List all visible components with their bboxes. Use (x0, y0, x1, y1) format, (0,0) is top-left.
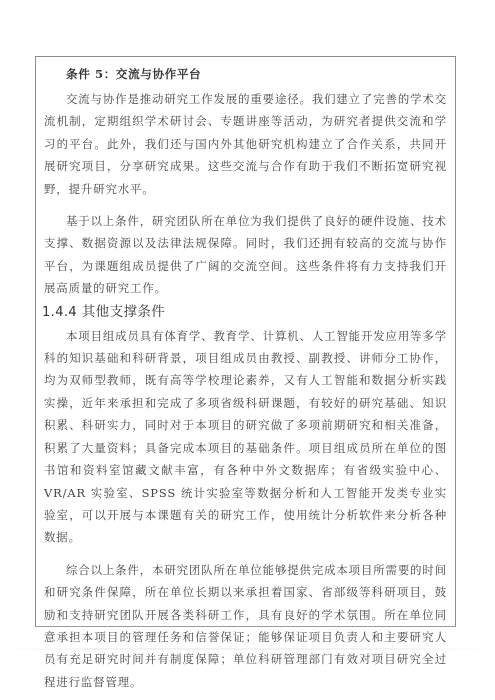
other-support-paragraph-1: 本项目组成员具有体育学、教育学、计算机、人工智能开发应用等多学科的知识基础和科研… (44, 325, 447, 549)
other-support-paragraph-2: 综合以上条件，本研究团队所在单位能够提供完成本项目所需要的时间和研究条件保障，所… (44, 559, 447, 693)
scan-artifact (0, 648, 495, 650)
condition-5-heading: 条件 5：交流与协作平台 (44, 63, 447, 85)
spacer (44, 549, 447, 559)
section-number: 1.4.4 (42, 305, 77, 320)
summary-paragraph: 基于以上条件，研究团队所在单位为我们提供了良好的硬件设施、技术支撑、数据资源以及… (44, 210, 447, 300)
spacer (44, 200, 447, 210)
form-table-cell: 条件 5：交流与协作平台 交流与协作是推动研究工作发展的重要途径。我们建立了完善… (35, 56, 456, 627)
condition-5-paragraph: 交流与协作是推动研究工作发展的重要途径。我们建立了完善的学术交流机制，定期组织学… (44, 88, 447, 200)
section-heading-1-4-4: 1.4.4 其他支撑条件 (42, 300, 447, 325)
section-title: 其他支撑条件 (82, 304, 165, 320)
